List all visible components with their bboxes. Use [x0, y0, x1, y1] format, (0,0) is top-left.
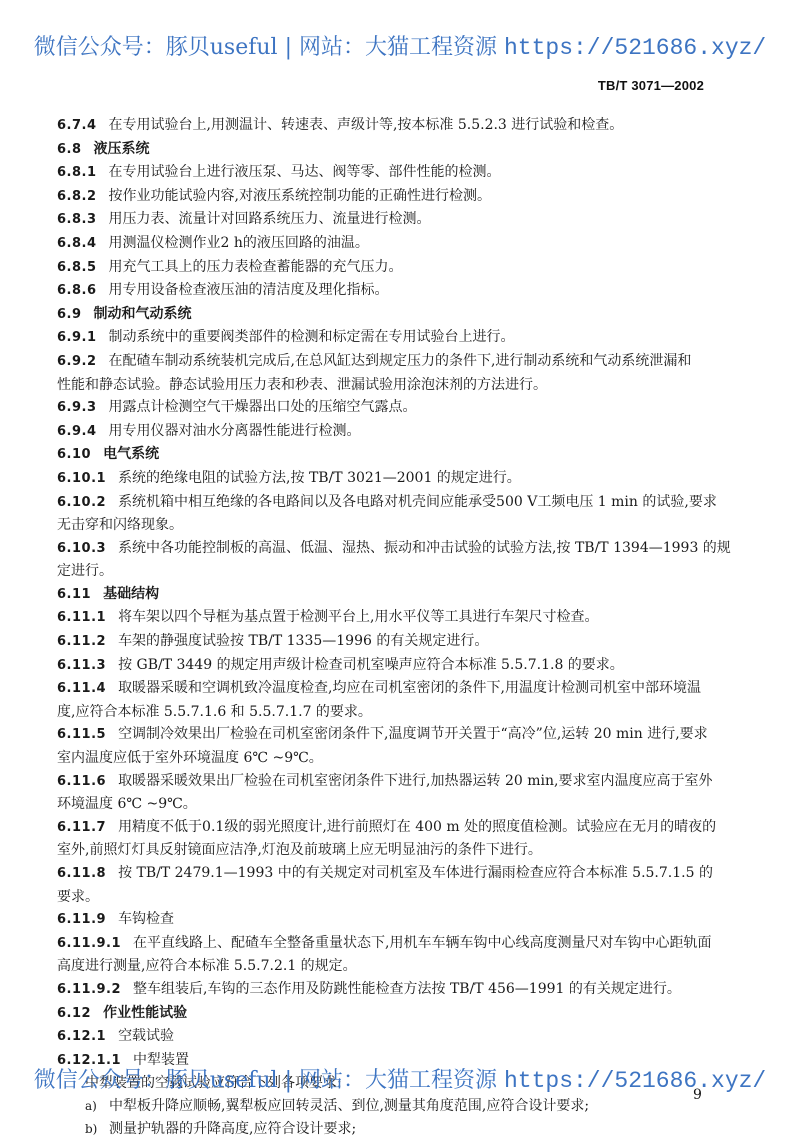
- clause-continuation: 高度进行测量,应符合本标准 5.5.7.2.1 的规定。: [57, 955, 747, 978]
- clause-continuation: 性能和静态试验。静态试验用压力表和秒表、泄漏试验用涂泡沫剂的方法进行。: [57, 374, 747, 397]
- clause: 6.11.4取暖器采暖和空调机致冷温度检查,均应在司机室密闭的条件下,用温度计检…: [57, 677, 747, 701]
- clause: 6.9.4用专用仪器对油水分离器性能进行检测。: [57, 420, 747, 444]
- clause-text: 用露点计检测空气干燥器出口处的压缩空气露点。: [109, 399, 417, 415]
- clause: 6.11.3按 GB/T 3449 的规定用声级计检查司机室噪声应符合本标准 5…: [57, 654, 747, 678]
- list-text: 测量护轨器的升降高度,应符合设计要求;: [109, 1121, 356, 1137]
- clause-continuation: 室外,前照灯灯具反射镜面应洁净,灯泡及前玻璃上应无明显油污的条件下进行。: [57, 839, 747, 862]
- clause: 6.10.3系统中各功能控制板的高温、低温、湿热、振动和冲击试验的试验方法,按 …: [57, 537, 747, 561]
- clause-number: 6.11.7: [57, 817, 106, 840]
- watermark-url: https://521686.xyz/: [504, 1068, 766, 1094]
- clause: 6.11.5空调制冷效果出厂检验在司机室密闭条件下,温度调节开关置于“高冷”位,…: [57, 723, 747, 747]
- clause-number: 6.11.9.2: [57, 979, 121, 1002]
- clause-text: 制动系统中的重要阀类部件的检测和标定需在专用试验台上进行。: [109, 329, 515, 345]
- section-number: 6.9: [57, 304, 82, 327]
- section-number: 6.8: [57, 139, 82, 162]
- clause-text: 空调制冷效果出厂检验在司机室密闭条件下,温度调节开关置于“高冷”位,运转 20 …: [118, 726, 708, 742]
- watermark-bottom: 微信公众号：豚贝useful | 网站：大猫工程资源 https://52168…: [0, 1063, 800, 1094]
- clause: 6.11.2车架的静强度试验按 TB/T 1335—1996 的有关规定进行。: [57, 630, 747, 654]
- clause-number: 6.9.3: [57, 397, 97, 420]
- clause-number: 6.8.6: [57, 280, 97, 303]
- clause: 6.8.2按作业功能试验内容,对液压系统控制功能的正确性进行检测。: [57, 185, 747, 209]
- section-heading: 6.11基础结构: [57, 583, 747, 607]
- clause-text: 系统中各功能控制板的高温、低温、湿热、振动和冲击试验的试验方法,按 TB/T 1…: [118, 540, 731, 556]
- clause: 6.8.6用专用设备检查液压油的清洁度及理化指标。: [57, 279, 747, 303]
- clause-text: 用精度不低于0.1级的弱光照度计,进行前照灯在 400 m 处的照度值检测。试验…: [118, 819, 716, 835]
- clause: 6.11.7用精度不低于0.1级的弱光照度计,进行前照灯在 400 m 处的照度…: [57, 816, 747, 840]
- clause-text: 在平直线路上、配碴车全整备重量状态下,用机车车辆车钩中心线高度测量尺对车钩中心距…: [133, 935, 711, 951]
- clause-number: 6.11.4: [57, 678, 106, 701]
- clause-text: 取暖器采暖效果出厂检验在司机室密闭条件下进行,加热器运转 20 min,要求室内…: [118, 773, 712, 789]
- watermark-top: 微信公众号：豚贝useful | 网站：大猫工程资源 https://52168…: [0, 30, 800, 61]
- section-heading: 6.8液压系统: [57, 138, 747, 162]
- clause-continuation: 环境温度 6℃ ~9℃。: [57, 793, 747, 816]
- clause: 6.11.9.1在平直线路上、配碴车全整备重量状态下,用机车车辆车钩中心线高度测…: [57, 932, 747, 956]
- clause-text: 取暖器采暖和空调机致冷温度检查,均应在司机室密闭的条件下,用温度计检测司机室中部…: [118, 680, 701, 696]
- section-number: 6.10: [57, 444, 91, 467]
- watermark-url: https://521686.xyz/: [504, 35, 766, 61]
- clause-text: 按 GB/T 3449 的规定用声级计检查司机室噪声应符合本标准 5.5.7.1…: [118, 657, 624, 673]
- section-number: 6.12: [57, 1003, 91, 1026]
- clause-continuation: 定进行。: [57, 560, 747, 583]
- clause-number: 6.9.4: [57, 421, 97, 444]
- subsection-title: 空载试验: [118, 1028, 174, 1044]
- clause-continuation: 无击穿和闪络现象。: [57, 514, 747, 537]
- clause-number: 6.11.8: [57, 863, 106, 886]
- clause: 6.11.8按 TB/T 2479.1—1993 中的有关规定对司机室及车体进行…: [57, 862, 747, 886]
- clause: 6.11.9.2整车组装后,车钩的三态作用及防跳性能检查方法按 TB/T 456…: [57, 978, 747, 1002]
- clause-text: 系统的绝缘电阻的试验方法,按 TB/T 3021—2001 的规定进行。: [118, 470, 521, 486]
- section-number: 6.11: [57, 584, 91, 607]
- clause: 6.11.1将车架以四个导框为基点置于检测平台上,用水平仪等工具进行车架尺寸检查…: [57, 606, 747, 630]
- subsection-title: 车钩检查: [118, 911, 174, 927]
- clause-text: 用测温仪检测作业2 h的液压回路的油温。: [109, 235, 369, 251]
- list-text: 中犁板升降应顺畅,翼犁板应回转灵活、到位,测量其角度范围,应符合设计要求;: [109, 1098, 589, 1114]
- section-title: 液压系统: [94, 141, 150, 157]
- clause-number: 6.11.2: [57, 631, 106, 654]
- clause-number: 6.8.4: [57, 233, 97, 256]
- clause-number: 6.11.6: [57, 771, 106, 794]
- clause-number: 6.10.1: [57, 468, 106, 491]
- clause-number: 6.7.4: [57, 115, 97, 138]
- clause-number: 6.8.2: [57, 186, 97, 209]
- clause: 6.8.5用充气工具上的压力表检查蓄能器的充气压力。: [57, 256, 747, 280]
- clause: 6.11.6取暖器采暖效果出厂检验在司机室密闭条件下进行,加热器运转 20 mi…: [57, 770, 747, 794]
- clause-number: 6.8.5: [57, 257, 97, 280]
- section-heading: 6.9制动和气动系统: [57, 303, 747, 327]
- section-heading: 6.12作业性能试验: [57, 1002, 747, 1026]
- clause-text: 在配碴车制动系统装机完成后,在总风缸达到规定压力的条件下,进行制动系统和气动系统…: [109, 353, 692, 369]
- clause-text: 系统机箱中相互绝缘的各电路间以及各电路对机壳间应能承受500 V工频电压 1 m…: [118, 494, 717, 510]
- clause-text: 车架的静强度试验按 TB/T 1335—1996 的有关规定进行。: [118, 633, 488, 649]
- watermark-text: 微信公众号：豚贝useful | 网站：大猫工程资源: [34, 35, 504, 60]
- clause-text: 用专用仪器对油水分离器性能进行检测。: [109, 423, 361, 439]
- section-title: 制动和气动系统: [94, 306, 192, 322]
- list-item: a)中犁板升降应顺畅,翼犁板应回转灵活、到位,测量其角度范围,应符合设计要求;: [57, 1095, 747, 1118]
- clause-number: 6.10.2: [57, 492, 106, 515]
- clause-number: 6.8.3: [57, 209, 97, 232]
- clause: 6.8.4用测温仪检测作业2 h的液压回路的油温。: [57, 232, 747, 256]
- clause-text: 整车组装后,车钩的三态作用及防跳性能检查方法按 TB/T 456—1991 的有…: [133, 981, 681, 997]
- clause-continuation: 度,应符合本标准 5.5.7.1.6 和 5.5.7.1.7 的要求。: [57, 701, 747, 724]
- document-body: 6.7.4在专用试验台上,用测温计、转速表、声级计等,按本标准 5.5.2.3 …: [57, 114, 747, 1140]
- clause: 6.10.1系统的绝缘电阻的试验方法,按 TB/T 3021—2001 的规定进…: [57, 467, 747, 491]
- clause: 6.7.4在专用试验台上,用测温计、转速表、声级计等,按本标准 5.5.2.3 …: [57, 114, 747, 138]
- clause: 6.9.3用露点计检测空气干燥器出口处的压缩空气露点。: [57, 396, 747, 420]
- clause: 6.9.2在配碴车制动系统装机完成后,在总风缸达到规定压力的条件下,进行制动系统…: [57, 350, 747, 374]
- subsection-number: 6.11.9: [57, 909, 106, 932]
- clause: 6.8.3用压力表、流量计对回路系统压力、流量进行检测。: [57, 208, 747, 232]
- watermark-text: 微信公众号：豚贝useful | 网站：大猫工程资源: [34, 1068, 504, 1093]
- section-title: 作业性能试验: [103, 1005, 187, 1021]
- clause-number: 6.11.5: [57, 724, 106, 747]
- clause-text: 按 TB/T 2479.1—1993 中的有关规定对司机室及车体进行漏雨检查应符…: [118, 865, 713, 881]
- section-title: 电气系统: [103, 446, 159, 462]
- clause: 6.10.2系统机箱中相互绝缘的各电路间以及各电路对机壳间应能承受500 V工频…: [57, 491, 747, 515]
- standard-code: TB/T 3071—2002: [598, 78, 704, 93]
- list-item: b)测量护轨器的升降高度,应符合设计要求;: [57, 1118, 747, 1141]
- clause-number: 6.11.3: [57, 655, 106, 678]
- clause-number: 6.11.1: [57, 607, 106, 630]
- clause-number: 6.10.3: [57, 538, 106, 561]
- clause-number: 6.11.9.1: [57, 933, 121, 956]
- clause-number: 6.9.2: [57, 351, 97, 374]
- subsection-number: 6.12.1: [57, 1026, 106, 1049]
- list-label: b): [85, 1118, 109, 1141]
- clause-text: 在专用试验台上,用测温计、转速表、声级计等,按本标准 5.5.2.3 进行试验和…: [109, 117, 624, 133]
- clause-number: 6.8.1: [57, 162, 97, 185]
- clause-text: 用专用设备检查液压油的清洁度及理化指标。: [109, 282, 389, 298]
- clause-text: 用充气工具上的压力表检查蓄能器的充气压力。: [109, 259, 403, 275]
- clause-number: 6.9.1: [57, 327, 97, 350]
- clause-continuation: 室内温度应低于室外环境温度 6℃ ~9℃。: [57, 747, 747, 770]
- clause-text: 用压力表、流量计对回路系统压力、流量进行检测。: [109, 211, 431, 227]
- list-label: a): [85, 1095, 109, 1118]
- clause-text: 按作业功能试验内容,对液压系统控制功能的正确性进行检测。: [109, 188, 491, 204]
- clause-continuation: 要求。: [57, 886, 747, 909]
- section-heading: 6.10电气系统: [57, 443, 747, 467]
- clause-text: 在专用试验台上进行液压泵、马达、阀等零、部件性能的检测。: [109, 164, 501, 180]
- section-title: 基础结构: [103, 586, 159, 602]
- clause-text: 将车架以四个导框为基点置于检测平台上,用水平仪等工具进行车架尺寸检查。: [118, 609, 598, 625]
- clause: 6.8.1在专用试验台上进行液压泵、马达、阀等零、部件性能的检测。: [57, 161, 747, 185]
- clause: 6.9.1制动系统中的重要阀类部件的检测和标定需在专用试验台上进行。: [57, 326, 747, 350]
- subsection-heading: 6.11.9车钩检查: [57, 908, 747, 932]
- subsection-heading: 6.12.1空载试验: [57, 1025, 747, 1049]
